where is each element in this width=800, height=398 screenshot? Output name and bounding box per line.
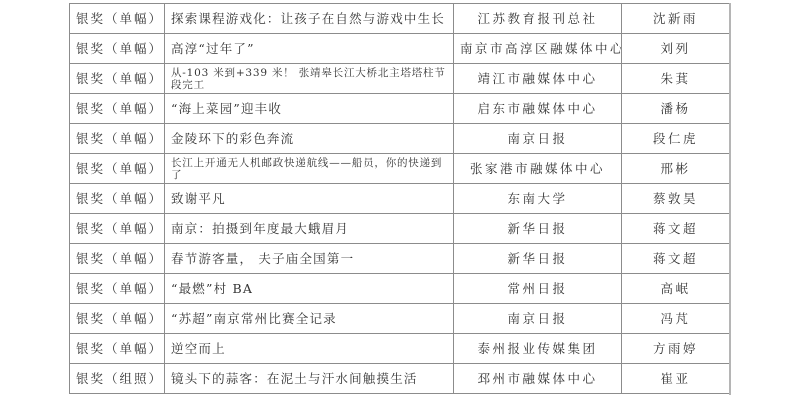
organization-cell: 常州日报 [454, 274, 622, 304]
table-row: 银奖（单幅） 长江上开通无人机邮政快递航线——船员，你的快递到了 张家港市融媒体… [70, 154, 730, 184]
table-row: 银奖（组照） 镜头下的蒜客：在泥土与汗水间触摸生活 邳州市融媒体中心 崔亚 [70, 364, 730, 394]
author-cell: 蒋文超 [622, 244, 730, 274]
organization-cell: 东南大学 [454, 184, 622, 214]
title-cell: 从-103 米到+339 米！ 张靖皋长江大桥北主塔塔柱节段完工 [165, 64, 454, 94]
award-cell: 银奖（单幅） [70, 64, 165, 94]
author-cell: 潘杨 [622, 94, 730, 124]
title-cell: “苏超”南京常州比赛全记录 [165, 304, 454, 334]
table-row: 银奖（单幅） 逆空而上 泰州报业传媒集团 方雨婷 [70, 334, 730, 364]
table-row: 银奖（单幅） 探索课程游戏化：让孩子在自然与游戏中生长 江苏教育报刊总社 沈新雨 [70, 4, 730, 34]
author-cell: 方雨婷 [622, 334, 730, 364]
organization-cell: 泰州报业传媒集团 [454, 334, 622, 364]
award-cell: 银奖（单幅） [70, 124, 165, 154]
title-cell: 致谢平凡 [165, 184, 454, 214]
author-cell: 蔡敦昊 [622, 184, 730, 214]
table-row: 银奖（单幅） 从-103 米到+339 米！ 张靖皋长江大桥北主塔塔柱节段完工 … [70, 64, 730, 94]
organization-cell: 南京日报 [454, 124, 622, 154]
organization-cell: 南京市高淳区融媒体中心 [454, 34, 622, 64]
organization-cell: 邳州市融媒体中心 [454, 364, 622, 394]
award-cell: 银奖（单幅） [70, 34, 165, 64]
table-row: 银奖（单幅） 春节游客量， 夫子庙全国第一 新华日报 蒋文超 [70, 244, 730, 274]
award-cell: 银奖（单幅） [70, 304, 165, 334]
title-cell: 高淳“过年了” [165, 34, 454, 64]
award-cell: 银奖（单幅） [70, 214, 165, 244]
author-cell: 朱萁 [622, 64, 730, 94]
title-cell: 金陵环下的彩色奔流 [165, 124, 454, 154]
table-row: 银奖（单幅） 高淳“过年了” 南京市高淳区融媒体中心 刘列 [70, 34, 730, 64]
award-cell: 银奖（单幅） [70, 244, 165, 274]
organization-cell: 江苏教育报刊总社 [454, 4, 622, 34]
organization-cell: 张家港市融媒体中心 [454, 154, 622, 184]
author-cell: 高岷 [622, 274, 730, 304]
organization-cell: 靖江市融媒体中心 [454, 64, 622, 94]
award-cell: 银奖（单幅） [70, 184, 165, 214]
author-cell: 刘列 [622, 34, 730, 64]
organization-cell: 南京日报 [454, 304, 622, 334]
author-cell: 蒋文超 [622, 214, 730, 244]
author-cell: 段仁虎 [622, 124, 730, 154]
awards-table-body: 银奖（单幅） 探索课程游戏化：让孩子在自然与游戏中生长 江苏教育报刊总社 沈新雨… [70, 4, 730, 394]
award-cell: 银奖（单幅） [70, 154, 165, 184]
title-cell: 探索课程游戏化：让孩子在自然与游戏中生长 [165, 4, 454, 34]
title-cell: 镜头下的蒜客：在泥土与汗水间触摸生活 [165, 364, 454, 394]
title-cell: 春节游客量， 夫子庙全国第一 [165, 244, 454, 274]
table-row: 银奖（单幅） 金陵环下的彩色奔流 南京日报 段仁虎 [70, 124, 730, 154]
organization-cell: 新华日报 [454, 214, 622, 244]
table-row: 银奖（单幅） 致谢平凡 东南大学 蔡敦昊 [70, 184, 730, 214]
table-row: 银奖（单幅） 南京：拍摄到年度最大蛾眉月 新华日报 蒋文超 [70, 214, 730, 244]
award-cell: 银奖（单幅） [70, 94, 165, 124]
organization-cell: 启东市融媒体中心 [454, 94, 622, 124]
author-cell: 沈新雨 [622, 4, 730, 34]
title-cell: “最燃”村 BA [165, 274, 454, 304]
organization-cell: 新华日报 [454, 244, 622, 274]
table-row: 银奖（单幅） “苏超”南京常州比赛全记录 南京日报 冯芃 [70, 304, 730, 334]
title-cell: 逆空而上 [165, 334, 454, 364]
title-cell: 南京：拍摄到年度最大蛾眉月 [165, 214, 454, 244]
author-cell: 冯芃 [622, 304, 730, 334]
author-cell: 邢彬 [622, 154, 730, 184]
table-row: 银奖（单幅） “海上菜园”迎丰收 启东市融媒体中心 潘杨 [70, 94, 730, 124]
author-cell: 崔亚 [622, 364, 730, 394]
table-right-border [729, 3, 731, 395]
awards-table: 银奖（单幅） 探索课程游戏化：让孩子在自然与游戏中生长 江苏教育报刊总社 沈新雨… [69, 3, 730, 394]
award-cell: 银奖（单幅） [70, 274, 165, 304]
award-cell: 银奖（组照） [70, 364, 165, 394]
award-cell: 银奖（单幅） [70, 4, 165, 34]
title-cell: “海上菜园”迎丰收 [165, 94, 454, 124]
award-cell: 银奖（单幅） [70, 334, 165, 364]
title-cell: 长江上开通无人机邮政快递航线——船员，你的快递到了 [165, 154, 454, 184]
table-row: 银奖（单幅） “最燃”村 BA 常州日报 高岷 [70, 274, 730, 304]
